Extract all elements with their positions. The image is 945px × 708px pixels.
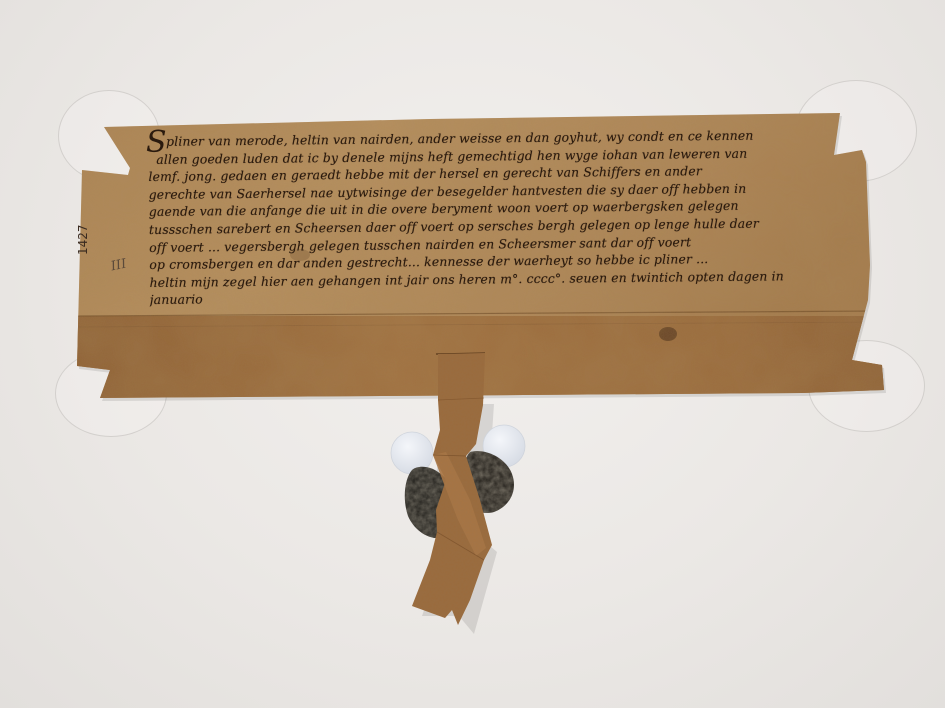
- seal-assembly: [0, 0, 945, 708]
- charter-document: 1427 III S pliner van merode, heltin van…: [0, 0, 945, 708]
